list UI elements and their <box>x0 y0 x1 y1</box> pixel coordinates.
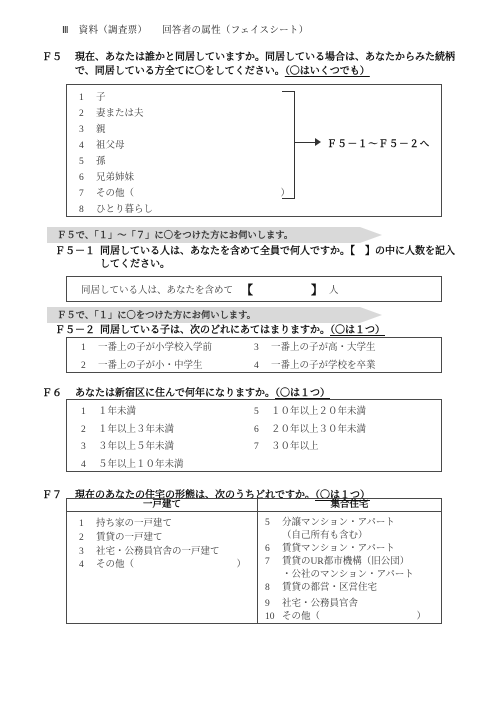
branch-bracket-line <box>294 91 295 199</box>
option-row: 3社宅・公務員官舎の一戸建て <box>79 546 257 560</box>
option-row: 5１０年以上２０年未満 <box>254 404 441 422</box>
option-label: 一番上の子が小・中学生 <box>98 357 203 375</box>
branch-target-label: Ｆ５－１～Ｆ５－２へ <box>327 136 430 150</box>
option-label-continuation: ・公社のマンション・アパート <box>265 569 441 582</box>
option-row: 7３０年以上 <box>254 439 441 457</box>
table-header-row: 一戸建て 集合住宅 <box>67 499 441 512</box>
branch-bracket-tick-bottom <box>282 198 294 199</box>
f7-housing-table: 一戸建て 集合住宅 1持ち家の一戸建て 2賃貸の一戸建て 3社宅・公務員官舎の一… <box>66 498 442 624</box>
option-label: その他（ <box>96 186 134 202</box>
option-label: 賃貸の一戸建て <box>96 532 163 546</box>
option-paren-close: ） <box>280 186 290 202</box>
answer-count-note: （〇はいくつでも） <box>285 66 370 77</box>
option-number: 6 <box>79 170 96 186</box>
option-label: 賃貸マンション・アパート <box>282 543 395 556</box>
option-row: 7その他（） <box>79 186 441 202</box>
option-number: 4 <box>79 559 96 573</box>
document-section-title: Ⅲ 資料（調査票） 回答者の属性（フェイスシート） <box>62 22 309 36</box>
option-row: 6賃貸マンション・アパート <box>265 543 441 556</box>
option-paren-close: ） <box>416 611 426 624</box>
question-f5-id: Ｆ５ <box>42 51 75 79</box>
option-row: 4５年以上１０年未満 <box>81 457 254 475</box>
option-label: 兄弟姉妹 <box>96 170 134 186</box>
option-label: ３年以上５年未満 <box>98 439 174 457</box>
option-label: 一番上の子が学校を卒業 <box>271 357 376 375</box>
option-label: 子 <box>96 90 106 106</box>
f5-2-options-box: 1一番上の子が小学校入学前 2一番上の子が小・中学生 3一番上の子が高・大学生 … <box>66 337 442 373</box>
answer-prefix: 同居している人は、あなたを含めて <box>81 282 233 296</box>
option-row: 3３年以上５年未満 <box>81 439 254 457</box>
option-row: 6兄弟姉妹 <box>79 170 441 186</box>
option-row: 8賃貸の都営・区営住宅 <box>265 582 441 595</box>
answer-count-note: （〇は１つ） <box>330 325 385 336</box>
option-number: 1 <box>79 518 96 532</box>
option-row: 8ひとり暮らし <box>79 202 441 218</box>
option-label: 妻または夫 <box>96 106 144 122</box>
option-paren-close: ） <box>236 559 246 573</box>
table-cell-apartment: 5分譲マンション・アパート（自己所有も含む） 6賃貸マンション・アパート 7賃貸… <box>257 512 441 624</box>
filter-banner-f5-2: Ｆ５で、「１」に〇をつけた方にお伺いします。 <box>47 307 382 323</box>
option-number: 2 <box>79 532 96 546</box>
option-number: 7 <box>254 439 271 457</box>
question-f5-1-id: Ｆ５－１ <box>55 245 100 271</box>
answer-unit: 人 <box>329 282 339 296</box>
options-column-right: 3一番上の子が高・大学生 4一番上の子が学校を卒業 <box>254 339 441 375</box>
option-row: 4一番上の子が学校を卒業 <box>254 357 441 375</box>
option-label: 社宅・公務員官舎 <box>282 598 358 611</box>
option-number: 4 <box>79 138 96 154</box>
option-number: 1 <box>81 339 98 357</box>
option-label: 賃貸の都営・区営住宅 <box>282 582 377 595</box>
option-label: ５年以上１０年未満 <box>98 457 184 475</box>
question-f5-2-id: Ｆ５－２ <box>55 324 100 338</box>
branch-arrow-head-icon <box>315 138 321 146</box>
option-number: 6 <box>254 422 271 440</box>
option-number: 2 <box>79 106 96 122</box>
option-row: 9社宅・公務員官舎 <box>265 598 441 611</box>
option-row: 1子 <box>79 90 441 106</box>
option-label: その他（ <box>96 559 134 573</box>
option-number: 1 <box>81 404 98 422</box>
option-number: 6 <box>265 543 282 556</box>
options-column-left: 1１年未満 2１年以上３年未満 3３年以上５年未満 4５年以上１０年未満 <box>67 404 254 474</box>
option-number: 1 <box>79 90 96 106</box>
options-column-right: 5１０年以上２０年未満 6２０年以上３０年未満 7３０年以上 <box>254 404 441 474</box>
option-row: 2一番上の子が小・中学生 <box>81 357 254 375</box>
option-row: 2妻または夫 <box>79 106 441 122</box>
option-number: 3 <box>79 122 96 138</box>
option-number: 5 <box>265 517 282 530</box>
table-cell-detached-house: 1持ち家の一戸建て 2賃貸の一戸建て 3社宅・公務員官舎の一戸建て 4その他（） <box>67 512 257 624</box>
option-number: 2 <box>81 422 98 440</box>
option-label: 親 <box>96 122 106 138</box>
option-label: 持ち家の一戸建て <box>96 518 172 532</box>
branch-bracket-tick-top <box>282 91 294 92</box>
option-number: 4 <box>81 457 98 475</box>
option-row: 1一番上の子が小学校入学前 <box>81 339 254 357</box>
option-label: １年未満 <box>98 404 136 422</box>
option-label: 賃貸のUR都市機構（旧公団） <box>282 556 409 569</box>
option-label: ３０年以上 <box>271 439 319 457</box>
filter-banner-f5-1: Ｆ５で、「１」～「７」に〇をつけた方にお伺いします。 <box>47 227 382 243</box>
option-number: 2 <box>81 357 98 375</box>
option-number: 9 <box>265 598 282 611</box>
option-number: 4 <box>254 357 271 375</box>
answer-bracket-open: 【 <box>241 281 253 298</box>
question-f5-2-text: 同居している子は、次のどれにあてはまりますか。（〇は１つ） <box>100 324 475 338</box>
option-row: 1持ち家の一戸建て <box>79 518 257 532</box>
f5-1-answer-box: 同居している人は、あなたを含めて 【 】 人 <box>66 276 442 302</box>
option-label: 一番上の子が高・大学生 <box>271 339 376 357</box>
option-number: 3 <box>254 339 271 357</box>
option-label-continuation: （自己所有も含む） <box>265 530 441 543</box>
option-number: 8 <box>79 202 96 218</box>
question-f5-1-heading: Ｆ５－１ 同居している人は、あなたを含めて全員で何人ですか。【 】の中に人数を記… <box>55 245 475 271</box>
option-row: 2賃貸の一戸建て <box>79 532 257 546</box>
branch-arrow-line <box>294 142 316 143</box>
option-label: １年以上３年未満 <box>98 422 174 440</box>
option-row: 5孫 <box>79 154 441 170</box>
option-row: 4その他（） <box>79 559 257 573</box>
column-header-apartment: 集合住宅 <box>257 499 441 511</box>
option-row: 6２０年以上３０年未満 <box>254 422 441 440</box>
option-number: 3 <box>79 546 96 560</box>
option-row: 2１年以上３年未満 <box>81 422 254 440</box>
column-header-detached-house: 一戸建て <box>67 499 257 511</box>
f6-options-box: 1１年未満 2１年以上３年未満 3３年以上５年未満 4５年以上１０年未満 5１０… <box>66 399 442 472</box>
option-number: 5 <box>79 154 96 170</box>
table-body: 1持ち家の一戸建て 2賃貸の一戸建て 3社宅・公務員官舎の一戸建て 4その他（）… <box>67 512 441 624</box>
option-row: 7賃貸のUR都市機構（旧公団）・公社のマンション・アパート <box>265 556 441 582</box>
option-label: その他（ <box>282 611 320 624</box>
option-row: 5分譲マンション・アパート（自己所有も含む） <box>265 517 441 543</box>
option-label: 祖父母 <box>96 138 125 154</box>
question-f5-text: 現在、あなたは誰かと同居していますか。同居している場合は、あなたからみた続柄 で… <box>75 51 472 79</box>
option-label: 分譲マンション・アパート <box>282 517 395 530</box>
question-f5-heading: Ｆ５ 現在、あなたは誰かと同居していますか。同居している場合は、あなたからみた続… <box>42 51 472 79</box>
question-f5-1-text: 同居している人は、あなたを含めて全員で何人ですか。【 】の中に人数を記入 してく… <box>100 245 475 271</box>
option-row: 3一番上の子が高・大学生 <box>254 339 441 357</box>
questionnaire-page: Ⅲ 資料（調査票） 回答者の属性（フェイスシート） Ｆ５ 現在、あなたは誰かと同… <box>0 0 496 702</box>
option-number: 10 <box>265 611 282 624</box>
option-number: 7 <box>79 186 96 202</box>
option-label: 社宅・公務員官舎の一戸建て <box>96 546 220 560</box>
option-label: 孫 <box>96 154 106 170</box>
answer-count-note: （〇は１つ） <box>275 388 330 399</box>
options-column-left: 1一番上の子が小学校入学前 2一番上の子が小・中学生 <box>67 339 254 375</box>
question-f5-2-heading: Ｆ５－２ 同居している子は、次のどれにあてはまりますか。（〇は１つ） <box>55 324 475 338</box>
answer-bracket-close: 】 <box>311 281 323 298</box>
option-number: 8 <box>265 582 282 595</box>
option-row: 10その他（） <box>265 611 441 624</box>
option-label: ２０年以上３０年未満 <box>271 422 366 440</box>
f5-options-box: 1子 2妻または夫 3親 4祖父母 5孫 6兄弟姉妹 7その他（） 8ひとり暮ら… <box>66 84 442 217</box>
option-number: 5 <box>254 404 271 422</box>
option-number: 7 <box>265 556 282 569</box>
option-row: 1１年未満 <box>81 404 254 422</box>
option-number: 3 <box>81 439 98 457</box>
option-label: ひとり暮らし <box>96 202 153 218</box>
option-label: １０年以上２０年未満 <box>271 404 366 422</box>
option-label: 一番上の子が小学校入学前 <box>98 339 212 357</box>
